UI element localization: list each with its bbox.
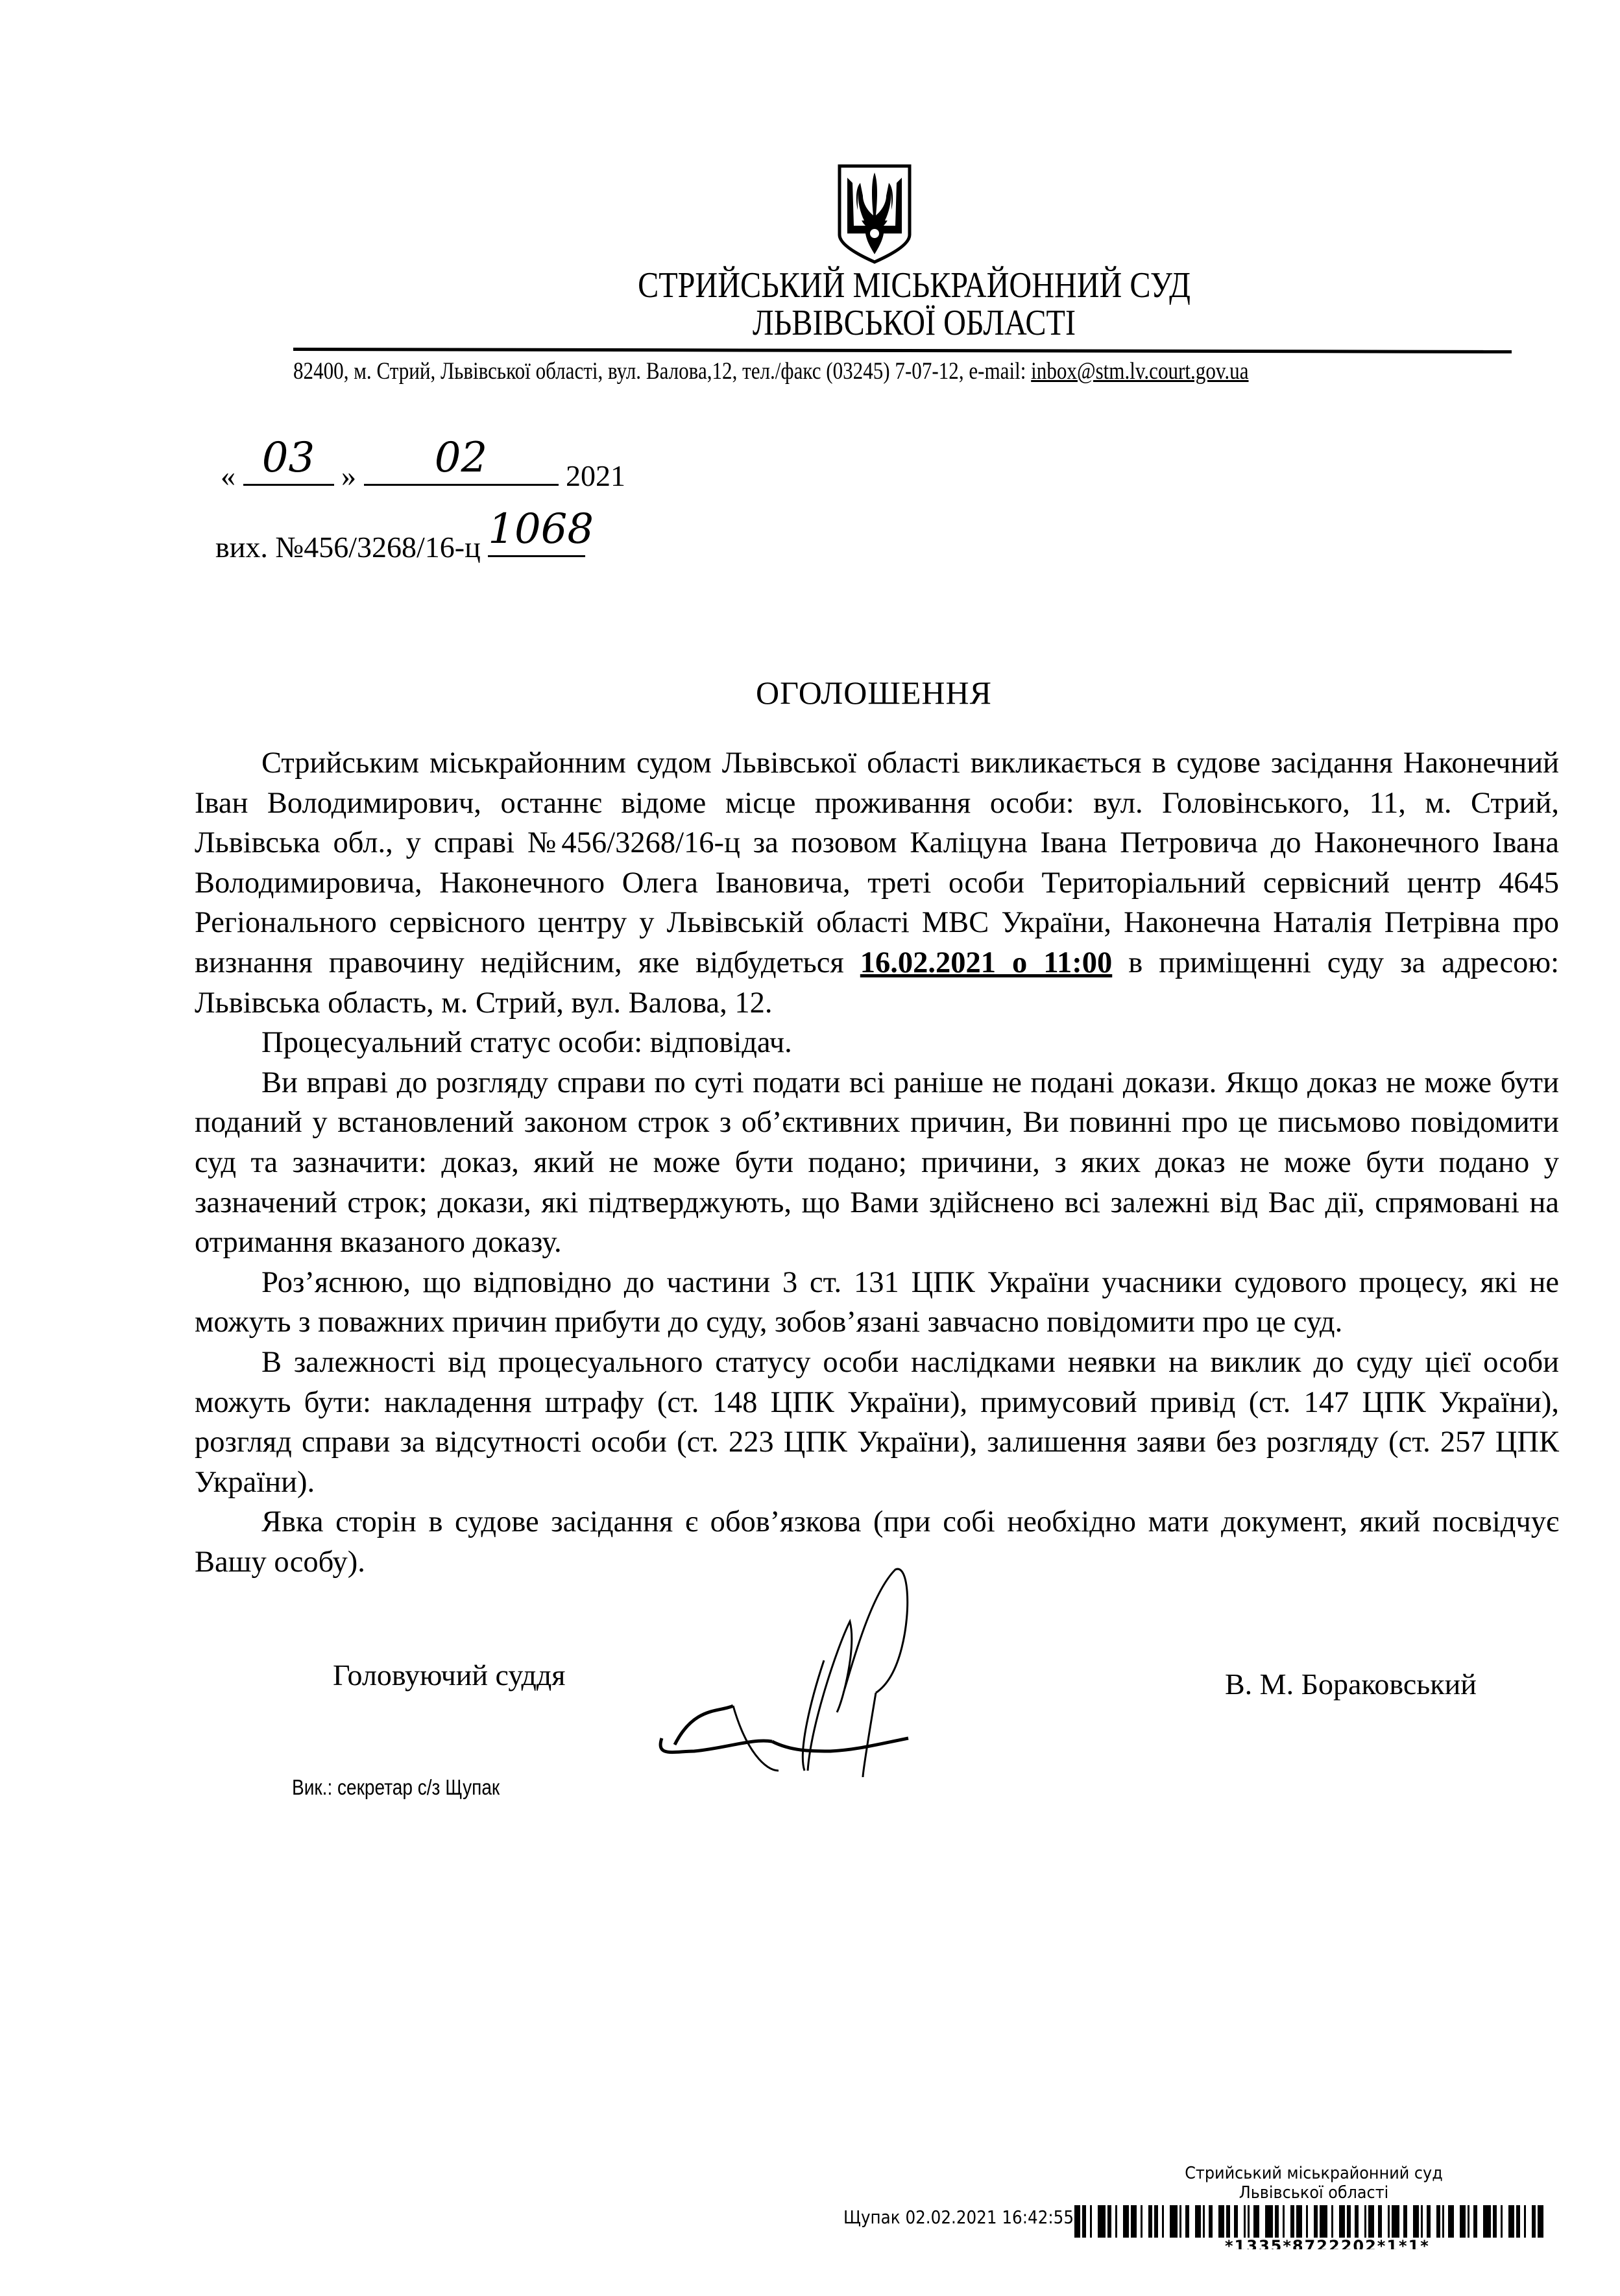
- paragraph-status: Процесуальний статус особи: відповідач.: [195, 1023, 1559, 1063]
- month-field: 02: [364, 448, 559, 486]
- paragraph-summons: Стрийським міськрайонним судом Львівсько…: [195, 743, 1559, 1023]
- stamp-user-timestamp: Щупак 02.02.2021 16:42:55: [843, 2208, 1074, 2227]
- email-link[interactable]: inbox@stm.lv.court.gov.ua: [1031, 358, 1248, 385]
- year: 2021: [566, 459, 625, 492]
- announcement-body: Стрийським міськрайонним судом Львівсько…: [195, 743, 1559, 1582]
- outgoing-number: вих. №456/3268/16-ц 1068: [215, 519, 585, 567]
- judge-name: В. М. Бораковський: [1225, 1668, 1477, 1701]
- document-date: « 03 » 02 2021: [221, 448, 625, 496]
- month-handwritten: 02: [364, 438, 559, 477]
- barcode-text: *1335*8722202*1*1*: [1225, 2238, 1430, 2249]
- stamp-court-line2: Львівської області: [1174, 2183, 1454, 2203]
- court-name-line2: ЛЬВІВСЬКОЇ ОБЛАСТІ: [217, 304, 1610, 342]
- paragraph-notice: Роз’яснюю, що відповідно до частини 3 ст…: [195, 1263, 1559, 1343]
- header-divider: [293, 348, 1512, 353]
- summons-text: Стрийським міськрайонним судом Львівсько…: [195, 747, 1559, 979]
- judge-role: Головуючий суддя: [333, 1659, 565, 1692]
- court-name-line1: СТРИЙСЬКИЙ МІСЬКРАЙОННИЙ СУД: [217, 266, 1610, 305]
- outgoing-prefix: вих. №456/3268/16-ц: [215, 531, 481, 564]
- address-text: 82400, м. Стрий, Львівської області, вул…: [293, 358, 1031, 385]
- coat-of-arms-icon: [837, 163, 912, 264]
- hearing-datetime: 16.02.2021 о 11:00: [860, 946, 1112, 979]
- stamp-court-line1: Стрийський міськрайонний суд: [1174, 2164, 1454, 2183]
- barcode: [1074, 2205, 1548, 2238]
- court-address: 82400, м. Стрий, Львівської області, вул…: [293, 358, 1249, 385]
- quote-open: «: [221, 459, 236, 492]
- executor-note: Вик.: секретар с/з Щупак: [292, 1775, 500, 1800]
- outgoing-number-handwritten: 1068: [488, 510, 585, 549]
- stamp-court-name: Стрийський міськрайонний суд Львівської …: [1174, 2164, 1454, 2203]
- paragraph-consequences: В залежності від процесуального статусу …: [195, 1343, 1559, 1502]
- handwritten-signature: [649, 1557, 1051, 1790]
- quote-close: »: [341, 459, 356, 492]
- day-handwritten: 03: [243, 438, 334, 477]
- document-title: ОГОЛОШЕННЯ: [756, 675, 992, 711]
- paragraph-evidence: Ви вправі до розгляду справи по суті под…: [195, 1063, 1559, 1263]
- day-field: 03: [243, 448, 334, 486]
- outgoing-number-field: 1068: [488, 519, 585, 557]
